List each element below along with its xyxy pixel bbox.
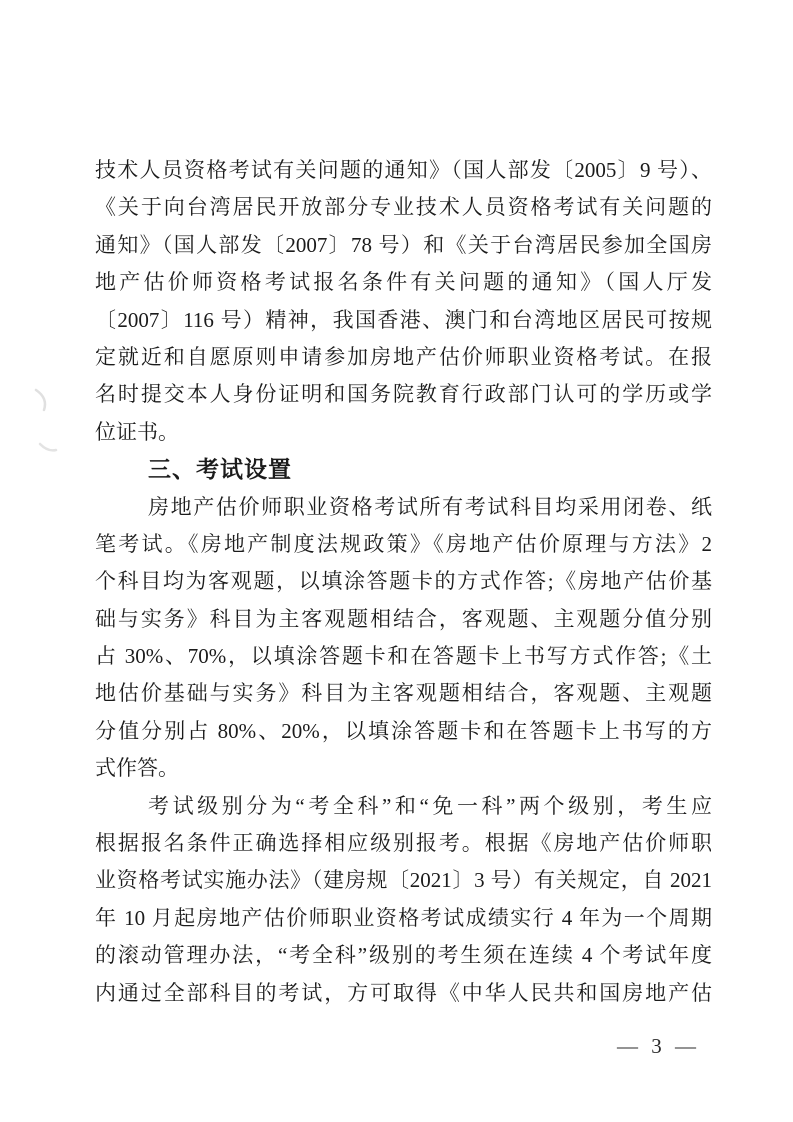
text-line: 地产估价师资格考试报名条件有关问题的通知》（国人厅发 (95, 264, 712, 301)
text-line: 内通过全部科目的考试，方可取得《中华人民共和国房地产估 (95, 975, 712, 1012)
text-line: 年 10 月起房地产估价师职业资格考试成绩实行 4 年为一个周期 (95, 900, 712, 937)
text-line: 占 30%、70%，以填涂答题卡和在答题卡上书写方式作答;《土 (95, 638, 712, 675)
document-page: 技术人员资格考试有关问题的通知》（国人部发〔2005〕9 号）、 《关于向台湾居… (0, 0, 793, 1122)
text-line: 《关于向台湾居民开放部分专业技术人员资格考试有关问题的 (95, 189, 712, 226)
text-line: 名时提交本人身份证明和国务院教育行政部门认可的学历或学 (95, 376, 712, 413)
text-line: 考试级别分为“考全科”和“免一科”两个级别，考生应 (95, 788, 712, 825)
page-number: — 3 — (617, 1034, 700, 1059)
text-line: 的滚动管理办法，“考全科”级别的考生须在连续 4 个考试年度 (95, 937, 712, 974)
text-line: 分值分别占 80%、20%，以填涂答题卡和在答题卡上书写的方 (95, 713, 712, 750)
text-line: 〔2007〕116 号）精神，我国香港、澳门和台湾地区居民可按规 (95, 302, 712, 339)
section-heading: 三、考试设置 (95, 451, 712, 488)
text-line: 技术人员资格考试有关问题的通知》（国人部发〔2005〕9 号）、 (95, 152, 712, 189)
text-line: 房地产估价师职业资格考试所有考试科目均采用闭卷、纸 (95, 489, 712, 526)
text-line: 根据报名条件正确选择相应级别报考。根据《房地产估价师职 (95, 825, 712, 862)
text-line: 通知》（国人部发〔2007〕78 号）和《关于台湾居民参加全国房 (95, 227, 712, 264)
text-line: 位证书。 (95, 414, 712, 451)
text-line: 定就近和自愿原则申请参加房地产估价师职业资格考试。在报 (95, 339, 712, 376)
text-line: 个科目均为客观题，以填涂答题卡的方式作答;《房地产估价基 (95, 563, 712, 600)
text-line: 地估价基础与实务》科目为主客观题相结合，客观题、主观题 (95, 675, 712, 712)
document-body: 技术人员资格考试有关问题的通知》（国人部发〔2005〕9 号）、 《关于向台湾居… (95, 152, 712, 1012)
text-line: 础与实务》科目为主客观题相结合，客观题、主观题分值分别 (95, 601, 712, 638)
scan-smudge-artifact (26, 378, 70, 474)
text-line: 业资格考试实施办法》（建房规〔2021〕3 号）有关规定，自 2021 (95, 862, 712, 899)
text-line: 式作答。 (95, 750, 712, 787)
text-line: 笔考试。《房地产制度法规政策》《房地产估价原理与方法》2 (95, 526, 712, 563)
